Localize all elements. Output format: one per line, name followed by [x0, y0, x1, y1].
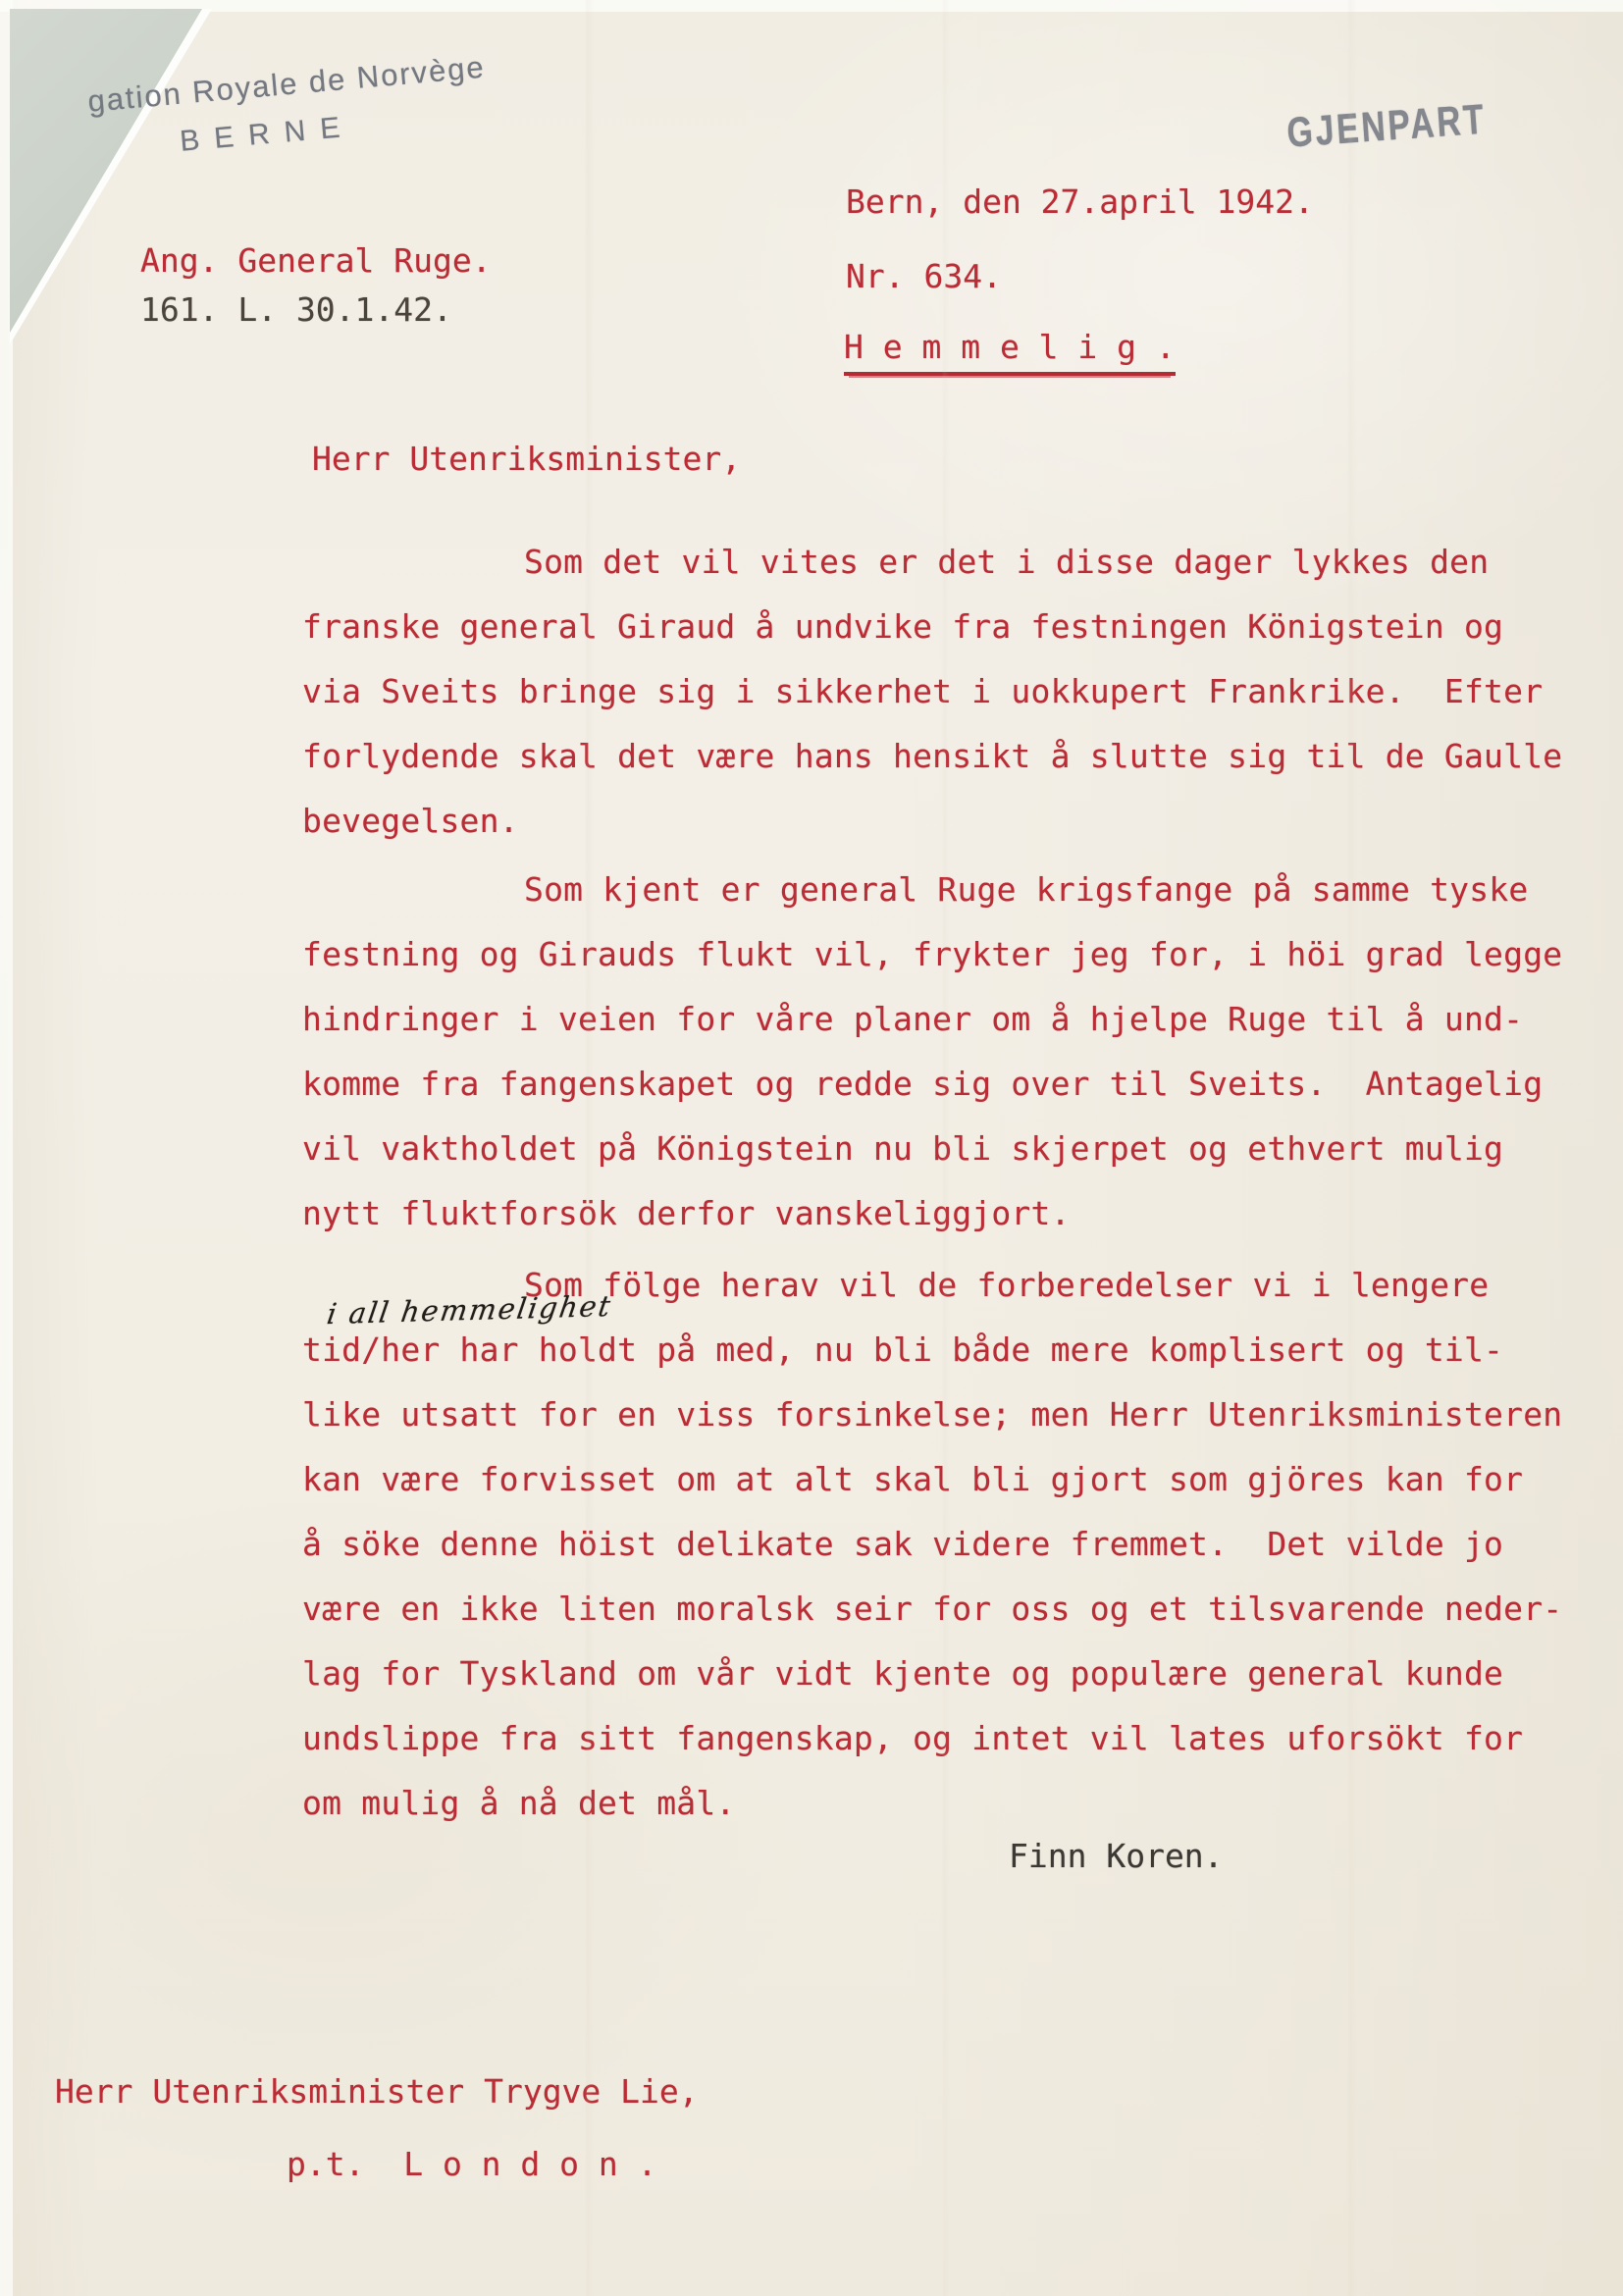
paragraph-1: Som det vil vites er det i disse dager l…	[302, 530, 1562, 854]
scan-edge-top	[0, 0, 1623, 12]
scan-edge-left	[0, 0, 13, 2296]
paragraph-3: Som fölge herav vil de forberedelser vi …	[302, 1253, 1562, 1836]
scanned-letter-page: gation Royale de Norvège BERNE GJENPART …	[0, 0, 1623, 2296]
classification-text: H e m m e l i g .	[844, 328, 1176, 376]
reference-number: 161. L. 30.1.42.	[140, 290, 452, 330]
classification-label: H e m m e l i g .	[844, 328, 1176, 367]
letter-number: Nr. 634.	[846, 257, 1002, 296]
paragraph-2: Som kjent er general Ruge krigsfange på …	[302, 858, 1562, 1246]
signature: Finn Koren.	[1009, 1837, 1224, 1876]
legation-stamp-line2: BERNE	[179, 110, 356, 158]
salutation: Herr Utenriksminister,	[312, 440, 741, 479]
recipient-line1: Herr Utenriksminister Trygve Lie,	[55, 2072, 699, 2112]
date-line: Bern, den 27.april 1942.	[846, 183, 1314, 222]
recipient-line2: p.t. L o n d o n .	[287, 2145, 657, 2184]
reference-subject: Ang. General Ruge.	[140, 241, 492, 281]
gjenpart-stamp: GJENPART	[1285, 96, 1488, 158]
